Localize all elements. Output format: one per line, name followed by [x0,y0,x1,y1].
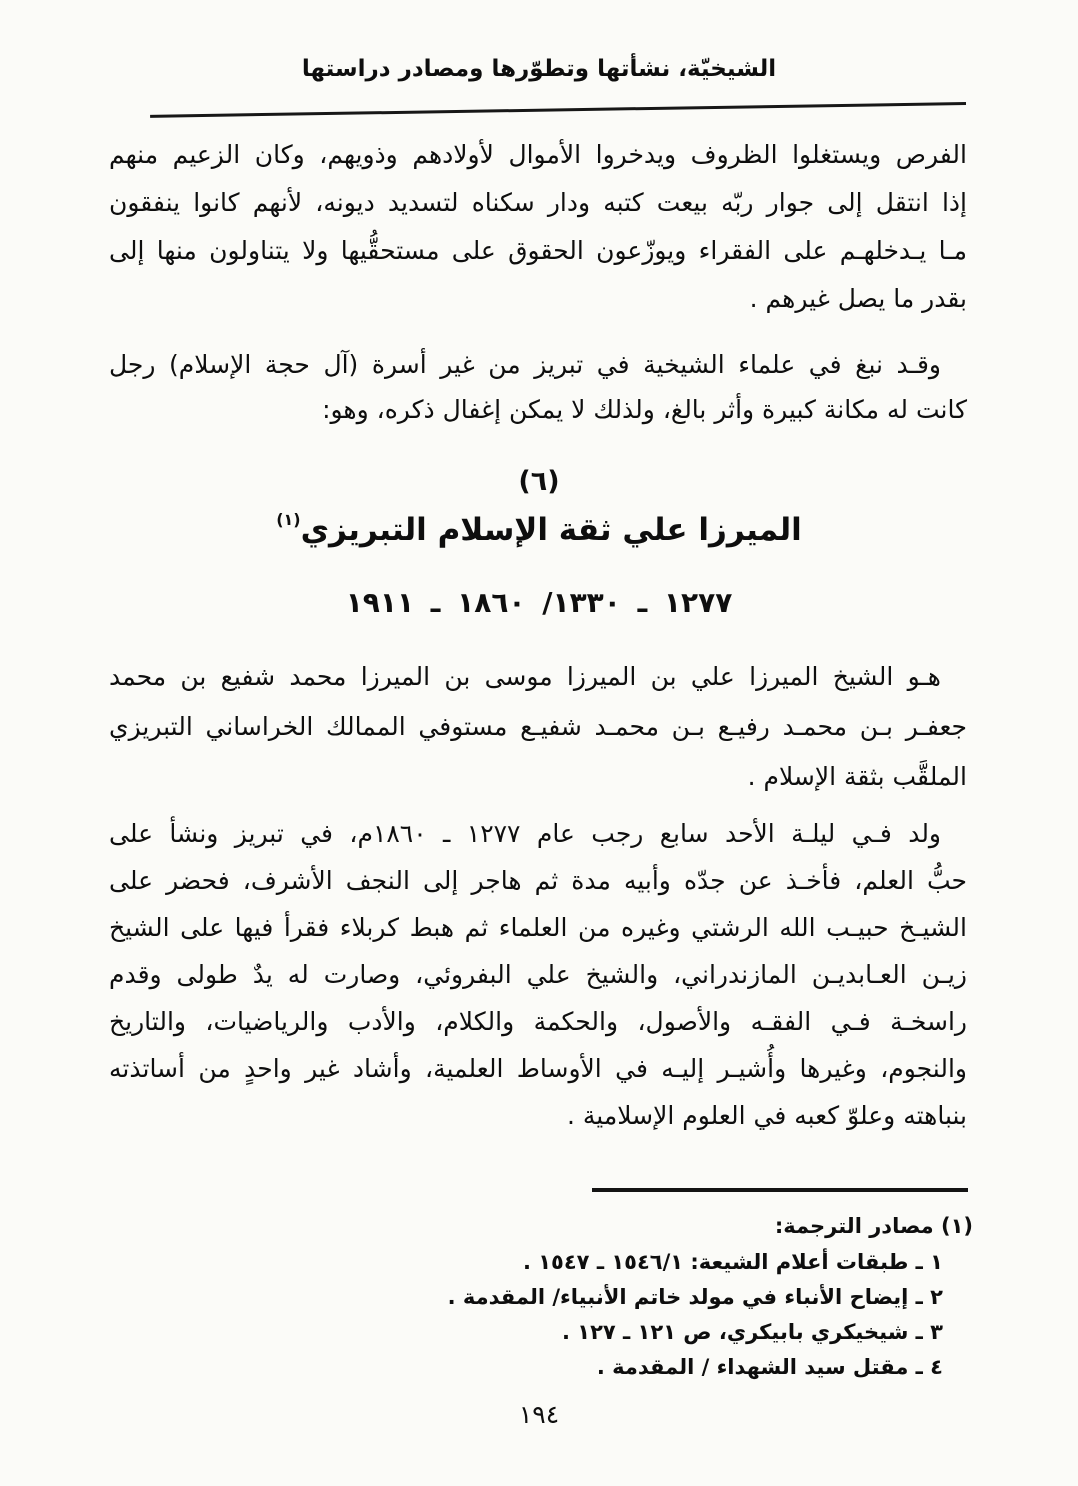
text-line: زيـن العـابديـن المازندراني، والشيخ علي … [109,951,967,998]
text-line: ولد فـي ليلـة الأحد سابع رجب عام ١٢٧٧ ـ … [109,810,967,857]
text-line: الملقَّب بثقة الإسلام . [109,752,967,802]
footnote-heading: (١) مصادر الترجمة: [373,1207,973,1245]
footnote-reference: (١) [276,510,300,529]
section-number: (٦) [0,466,1078,497]
text-line: هـو الشيخ الميرزا علي بن الميرزا موسى بن… [109,652,967,702]
text-line: راسخـة فـي الفقـه والأصول، والحكمة والكل… [109,998,967,1045]
header-rule [150,102,966,118]
footnote-item: ٢ ـ إيضاح الأنباء في مولد خاتم الأنبياء/… [373,1280,973,1315]
paragraph-3: هـو الشيخ الميرزا علي بن الميرزا موسى بن… [109,652,967,802]
paragraph-2: وقـد نبغ في علماء الشيخية في تبريز من غي… [109,342,967,432]
running-head: الشيخيّة، نشأتها وتطوّرها ومصادر دراستها [0,56,1078,82]
section-title-text: الميرزا علي ثقة الإسلام التبريزي [301,512,802,548]
text-line: والنجوم، وغيرها وأُشيـر إليـه في الأوساط… [109,1045,967,1092]
text-line: جعفـر بـن محمـد رفيـع بـن محمـد شفيـع مس… [109,702,967,752]
paragraph-1: الفرص ويستغلوا الظروف ويدخروا الأموال لأ… [109,131,967,323]
text-line: بنباهته وعلوّ كعبه في العلوم الإسلامية . [109,1092,967,1139]
book-page: الشيخيّة، نشأتها وتطوّرها ومصادر دراستها… [0,0,1078,1486]
text-line: وقـد نبغ في علماء الشيخية في تبريز من غي… [109,342,967,387]
page-number: ١٩٤ [0,1400,1078,1429]
paragraph-4: ولد فـي ليلـة الأحد سابع رجب عام ١٢٧٧ ـ … [109,810,967,1139]
footnote-item: ٣ ـ شيخيكري بابيكري، ص ١٢١ ـ ١٢٧ . [373,1315,973,1350]
text-line: كانت له مكانة كبيرة وأثر بالغ، ولذلك لا … [109,387,967,432]
footnote-item: ٤ ـ مقتل سيد الشهداء / المقدمة . [373,1350,973,1385]
section-dates: ١٢٧٧ ـ ١٣٣٠/ ١٨٦٠ ـ ١٩١١ [0,586,1078,619]
text-line: الشيـخ حبيـب الله الرشتي وغيره من العلما… [109,904,967,951]
footnotes-block: (١) مصادر الترجمة: ١ ـ طبقات أعلام الشيع… [373,1207,973,1385]
footnote-item: ١ ـ طبقات أعلام الشيعة: ١٥٤٦/١ ـ ١٥٤٧ . [373,1245,973,1280]
text-line: حبُّ العلم، فأخـذ عن جدّه وأبيه مدة ثم ه… [109,857,967,904]
section-title: الميرزا علي ثقة الإسلام التبريزي(١) [0,512,1078,548]
text-line: الفرص ويستغلوا الظروف ويدخروا الأموال لأ… [109,131,967,179]
text-line: إذا انتقل إلى جوار ربّه بيعت كتبه ودار س… [109,179,967,227]
text-line: بقدر ما يصل غيرهم . [109,275,967,323]
text-line: مـا يـدخلهـم على الفقراء ويوزّعون الحقوق… [109,227,967,275]
footnote-separator [592,1188,968,1192]
